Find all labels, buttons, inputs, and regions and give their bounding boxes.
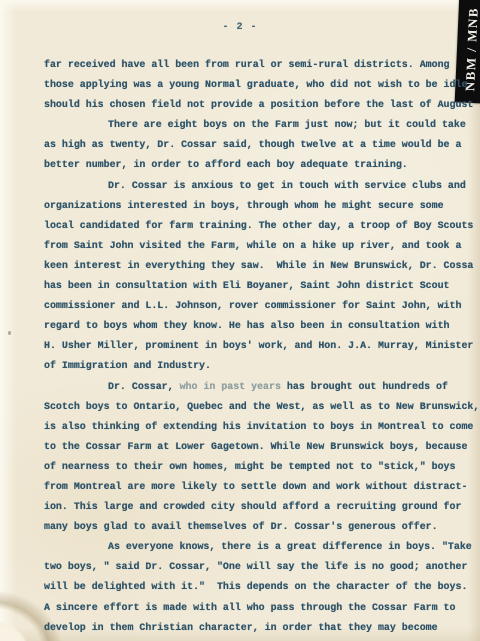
text-line: has been in consultation with Eli Boyane… — [44, 276, 480, 296]
text-line: two boys, " said Dr. Cossar, "One will s… — [44, 557, 480, 577]
text-line: regard to boys whom they know. He has al… — [44, 316, 480, 336]
text-segment: As everyone knows, there is a great diff… — [108, 541, 472, 552]
text-segment: develop in them Christian character, in … — [44, 622, 438, 633]
text-line: Scotch boys to Ontario, Quebec and the W… — [44, 397, 480, 417]
text-segment: commissioner and L.L. Johnson, rover com… — [44, 300, 461, 311]
text-segment: regard to boys whom they know. He has al… — [44, 320, 450, 331]
text-segment: A sincere effort is made with all who pa… — [44, 602, 455, 613]
text-line: local candidated for farm training. The … — [44, 216, 480, 236]
text-segment: will be delighted with it." This depends… — [44, 581, 467, 592]
text-line: from Montreal are more likely to settle … — [44, 477, 480, 497]
text-segment: There are eight boys on the Farm just no… — [108, 119, 466, 130]
document-body: far received have all been from rural or… — [44, 55, 480, 638]
text-segment: from Saint John visited the Farm, while … — [44, 240, 461, 251]
text-line: H. Usher Miller, prominent in boys' work… — [44, 336, 480, 356]
text-segment: Dr. Cossar is anxious to get in touch wi… — [108, 180, 466, 191]
page-number: - 2 - — [0, 22, 480, 33]
text-segment: should his chosen field not provide a po… — [44, 99, 473, 110]
text-line: ion. This large and crowded city should … — [44, 497, 480, 517]
text-segment: Dr. Cossar, — [108, 381, 180, 392]
text-segment: of Immigration and Industry. — [44, 360, 211, 371]
text-segment: better number, in order to afford each b… — [44, 159, 408, 170]
text-line: of nearness to their own homes, might be… — [44, 457, 480, 477]
text-segment: to the Cossar Farm at Lower Gagetown. Wh… — [44, 441, 467, 452]
text-segment: two boys, " said Dr. Cossar, "One will s… — [44, 561, 467, 572]
paper-speck — [8, 331, 11, 335]
text-segment: ion. This large and crowded city should … — [44, 501, 461, 512]
text-line: those applying was a young Normal gradua… — [44, 75, 480, 95]
text-line: better number, in order to afford each b… — [44, 155, 480, 175]
scanned-page: - 2 - NBM / MNB far received have all be… — [0, 0, 480, 641]
text-line: Dr. Cossar is anxious to get in touch wi… — [44, 176, 480, 196]
text-segment: far received have all been from rural or… — [44, 59, 450, 70]
text-line: There are eight boys on the Farm just no… — [44, 115, 480, 135]
text-line: A sincere effort is made with all who pa… — [44, 598, 480, 618]
text-line: as high as twenty, Dr. Cossar said, thou… — [44, 135, 480, 155]
text-line: many boys glad to avail themselves of Dr… — [44, 517, 480, 537]
text-segment: as high as twenty, Dr. Cossar said, thou… — [44, 139, 461, 150]
text-segment: keen interest in everything they saw. Wh… — [44, 260, 473, 271]
text-segment: of nearness to their own homes, might be… — [44, 461, 455, 472]
text-segment: from Montreal are more likely to settle … — [44, 481, 467, 492]
text-segment: has been in consultation with Eli Boyane… — [44, 280, 450, 291]
text-line: organizations interested in boys, throug… — [44, 196, 480, 216]
text-line: commissioner and L.L. Johnson, rover com… — [44, 296, 480, 316]
text-segment: Scotch boys to Ontario, Quebec and the W… — [44, 401, 479, 412]
text-line: to the Cossar Farm at Lower Gagetown. Wh… — [44, 437, 480, 457]
text-segment: those applying was a young Normal gradua… — [44, 79, 467, 90]
text-segment: H. Usher Miller, prominent in boys' work… — [44, 340, 473, 351]
text-line: far received have all been from rural or… — [44, 55, 480, 75]
text-line: of Immigration and Industry. — [44, 356, 480, 376]
text-line: Dr. Cossar, who in past years has brough… — [44, 377, 480, 397]
text-line: keen interest in everything they saw. Wh… — [44, 256, 480, 276]
text-line: from Saint John visited the Farm, while … — [44, 236, 480, 256]
text-segment: is also thinking of extending his invita… — [44, 421, 473, 432]
text-segment: local candidated for farm training. The … — [44, 220, 473, 231]
text-line: develop in them Christian character, in … — [44, 618, 480, 638]
text-segment: has brought out hundreds of — [281, 381, 448, 392]
text-segment: organizations interested in boys, throug… — [44, 200, 444, 211]
text-segment: who in past years — [180, 381, 281, 392]
text-segment: many boys glad to avail themselves of Dr… — [44, 521, 438, 532]
text-line: is also thinking of extending his invita… — [44, 417, 480, 437]
text-line: should his chosen field not provide a po… — [44, 95, 480, 115]
text-line: As everyone knows, there is a great diff… — [44, 537, 480, 557]
text-line: will be delighted with it." This depends… — [44, 577, 480, 597]
